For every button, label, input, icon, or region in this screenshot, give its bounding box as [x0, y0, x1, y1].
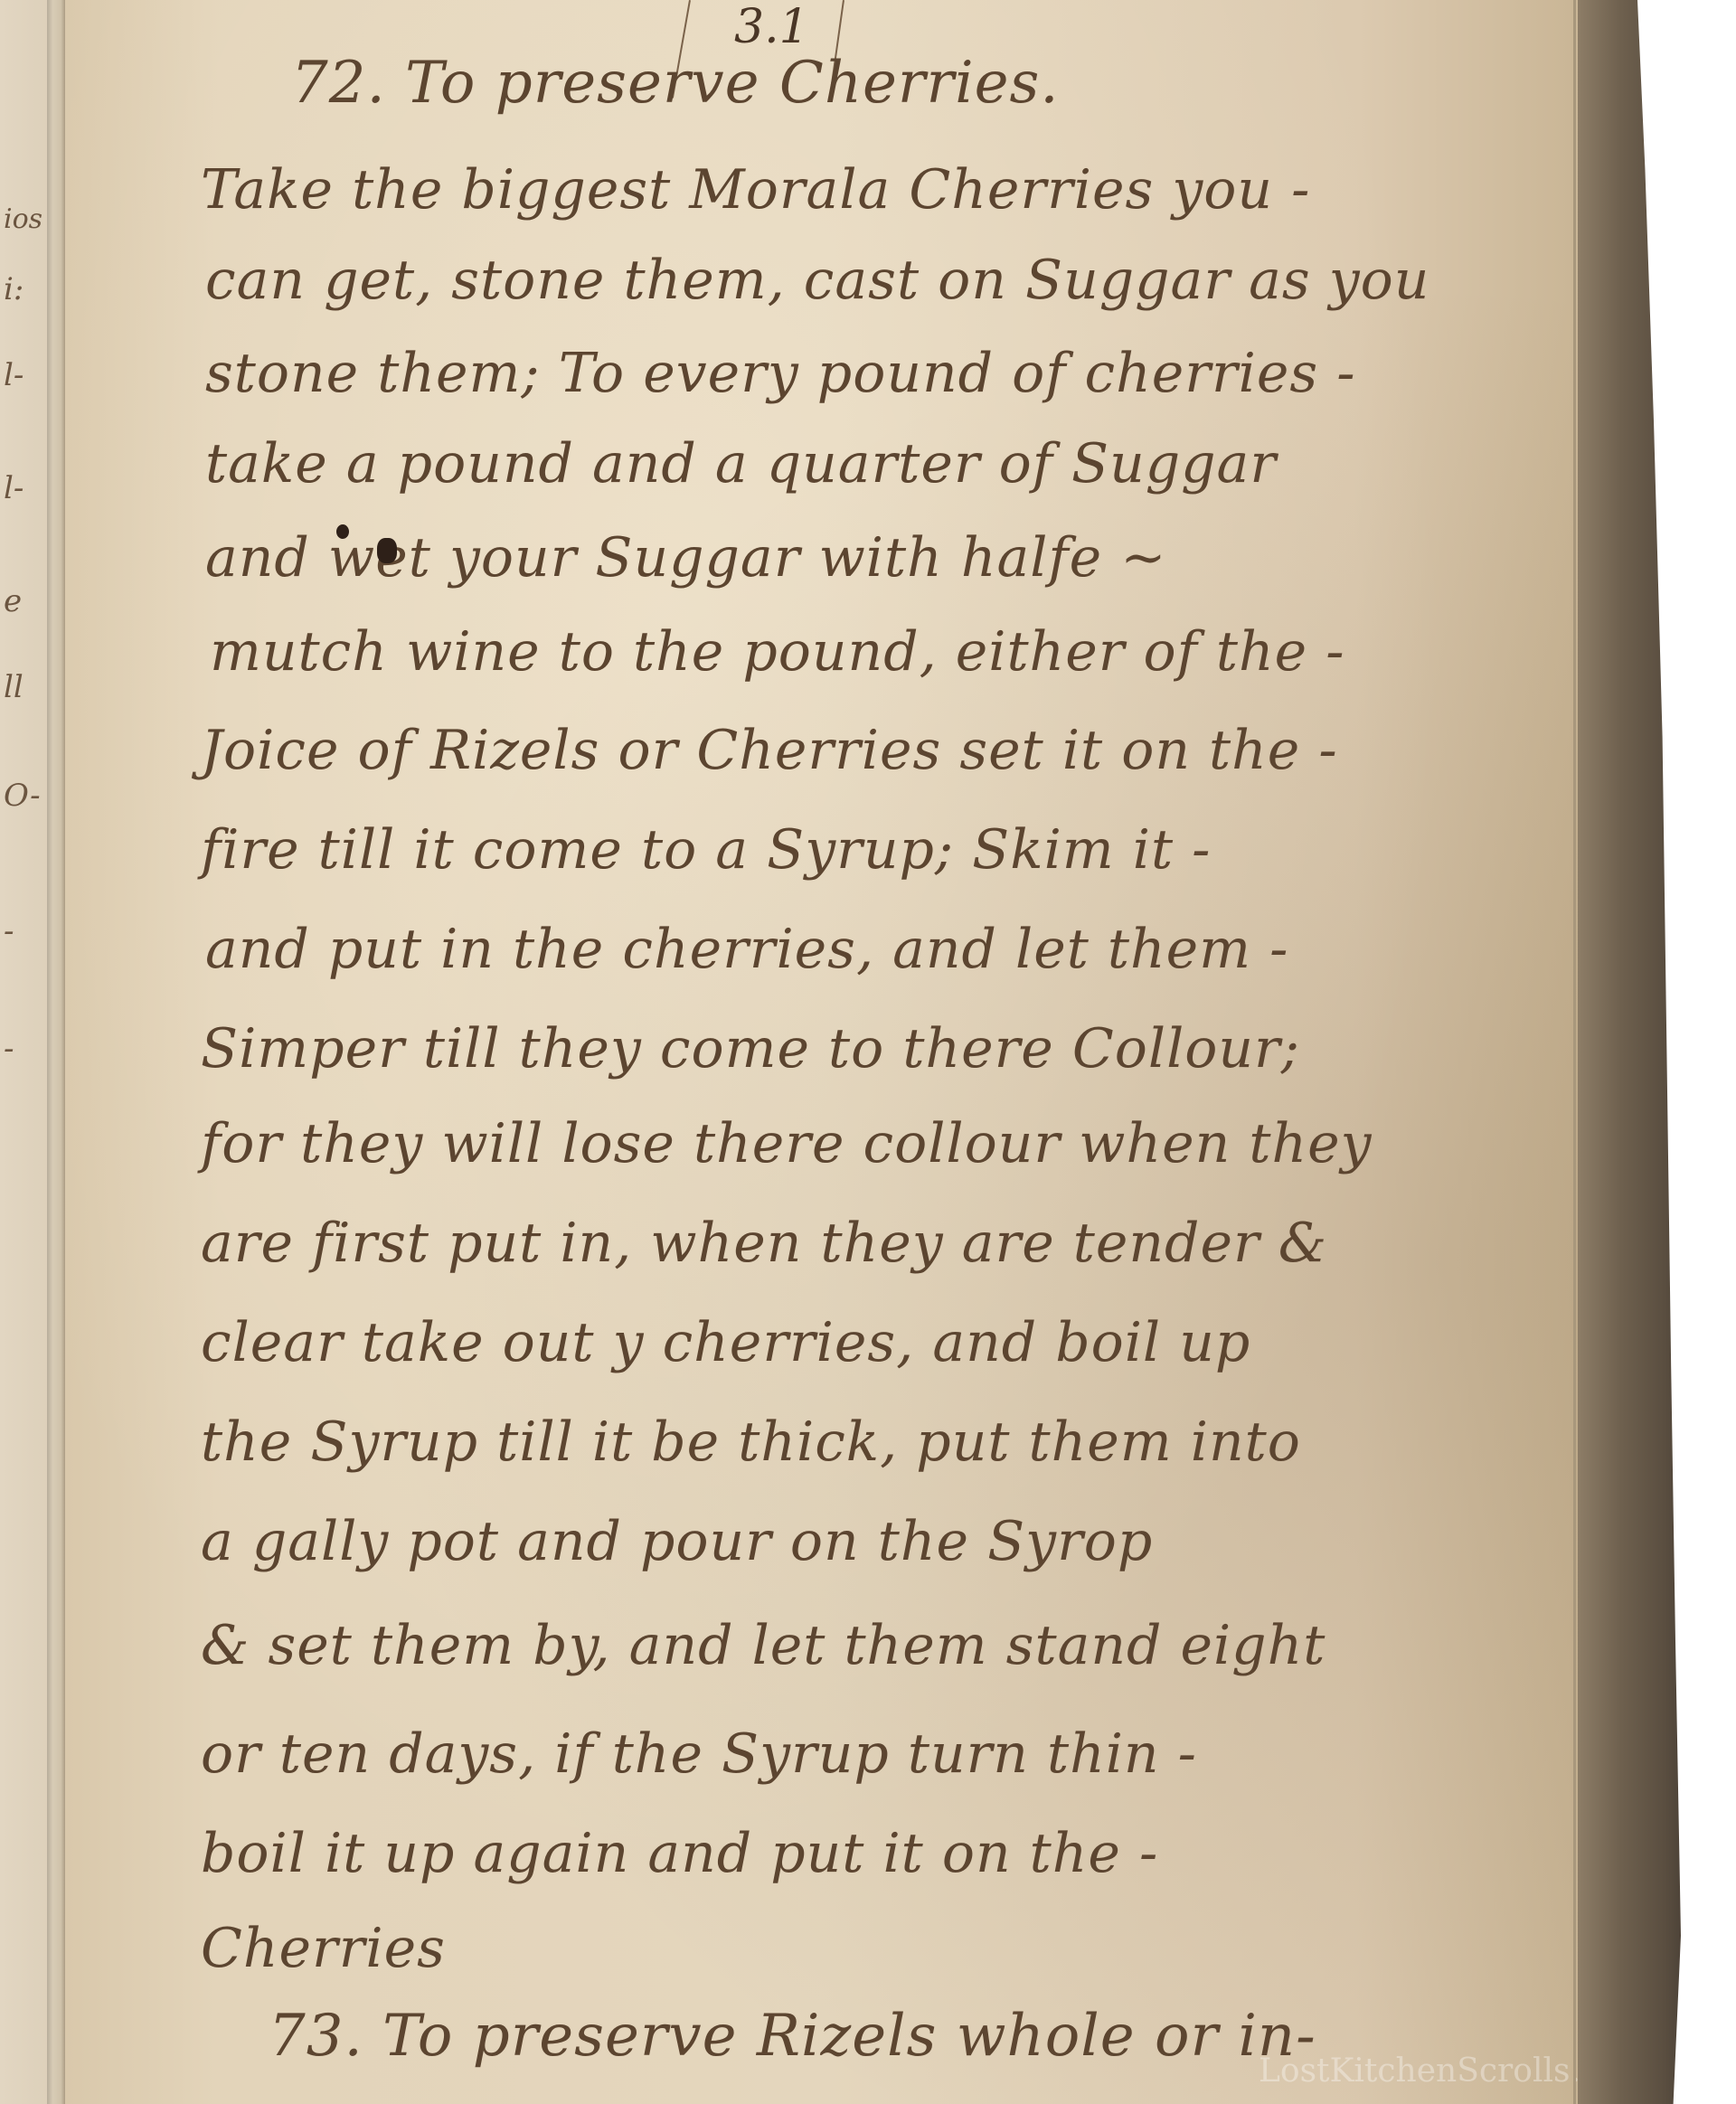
recipe-line: & set them by, and let them stand eight — [201, 1614, 1326, 1677]
facing-page-fragment: l- — [4, 357, 24, 393]
facing-page-fragment: e — [4, 583, 22, 619]
recipe-line: fire till it come to a Syrup; Skim it - — [201, 818, 1211, 882]
facing-page-fragment: i: — [4, 271, 24, 307]
facing-page-fragment: - — [4, 913, 14, 949]
recipe-line: the Syrup till it be thick, put them int… — [201, 1411, 1301, 1474]
page-number: 3.1 — [734, 0, 809, 54]
watermark: LostKitchenScrolls.c — [1259, 2052, 1599, 2090]
recipe-line: Joice of Rizels or Cherries set it on th… — [201, 719, 1338, 782]
recipe-line: and wet your Suggar with halfe ~ — [205, 526, 1166, 590]
book-fore-edge — [1578, 0, 1686, 2104]
ink-blot — [377, 538, 397, 563]
recipe-line: boil it up again and put it on the - — [201, 1822, 1158, 1885]
recipe-title: To preserve Cherries. — [405, 50, 1060, 117]
facing-page-fragment: O- — [4, 778, 41, 814]
facing-page-fragment: - — [4, 1031, 14, 1067]
recipe-line: take a pound and a quarter of Suggar — [205, 432, 1277, 495]
recipe-number: 72. — [291, 50, 386, 117]
manuscript-page: 3.1 72. To preserve Cherries. Take the b… — [65, 0, 1584, 2104]
recipe-line: stone them; To every pound of cherries - — [205, 342, 1355, 405]
page-edge — [1573, 0, 1576, 2104]
recipe-heading-73: 73. To preserve Rizels whole or in- — [269, 2003, 1316, 2070]
recipe-line: can get, stone them, cast on Suggar as y… — [205, 249, 1429, 312]
facing-page-fragment: ll — [4, 669, 24, 705]
recipe-number: 73. — [269, 2003, 363, 2070]
recipe-heading-72: 72. To preserve Cherries. — [291, 50, 1060, 117]
recipe-line: are first put in, when they are tender & — [201, 1212, 1327, 1275]
recipe-line: Simper till they come to there Collour; — [201, 1017, 1300, 1080]
recipe-line: mutch wine to the pound, either of the - — [210, 620, 1344, 684]
recipe-line: a gally pot and pour on the Syrop — [201, 1510, 1153, 1573]
recipe-title: To preserve Rizels whole or in- — [382, 2003, 1316, 2070]
book-gutter — [47, 0, 67, 2104]
ink-blot — [336, 524, 349, 539]
recipe-line: Take the biggest Morala Cherries you - — [201, 158, 1310, 222]
recipe-line: for they will lose there collour when th… — [201, 1112, 1373, 1175]
facing-page-fragment: ios — [4, 203, 42, 235]
recipe-line: clear take out y cherries, and boil up — [201, 1311, 1250, 1374]
recipe-line: and put in the cherries, and let them - — [205, 918, 1288, 981]
recipe-line: or ten days, if the Syrup turn thin - — [201, 1722, 1197, 1786]
facing-page-fragment: l- — [4, 470, 24, 506]
recipe-line: Cherries — [201, 1917, 446, 1980]
